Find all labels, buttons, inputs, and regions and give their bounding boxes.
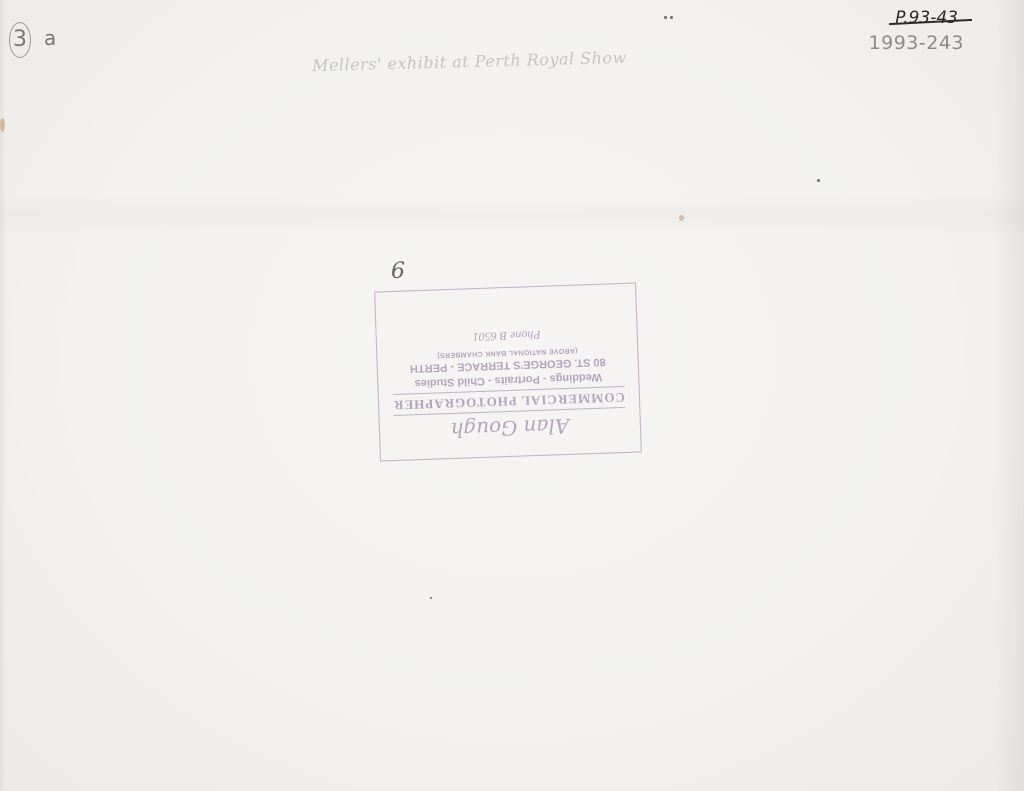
stain-spot xyxy=(679,215,684,221)
pencil-caption: Mellers' exhibit at Perth Royal Show xyxy=(312,48,627,75)
stamp-name: Alan Gough xyxy=(390,412,631,444)
paper-edge-right xyxy=(994,0,1024,791)
paper-crease xyxy=(0,195,1024,235)
ink-speck xyxy=(670,16,673,19)
ink-speck xyxy=(430,597,432,599)
photographer-stamp: Alan Gough COMMERCIAL PHOTOGRAPHER Weddi… xyxy=(374,282,642,461)
stain-spot xyxy=(0,118,5,132)
stamp-title: COMMERCIAL PHOTOGRAPHER xyxy=(393,386,626,416)
ink-speck xyxy=(817,179,820,182)
old-reference-struck: P.93-43 xyxy=(895,8,958,28)
ink-speck xyxy=(664,16,667,19)
item-number-circled: 3 xyxy=(9,22,31,58)
accession-number: 1993-243 xyxy=(869,32,964,54)
page-mark: 6 xyxy=(391,259,405,284)
item-number-suffix: a xyxy=(44,26,56,50)
